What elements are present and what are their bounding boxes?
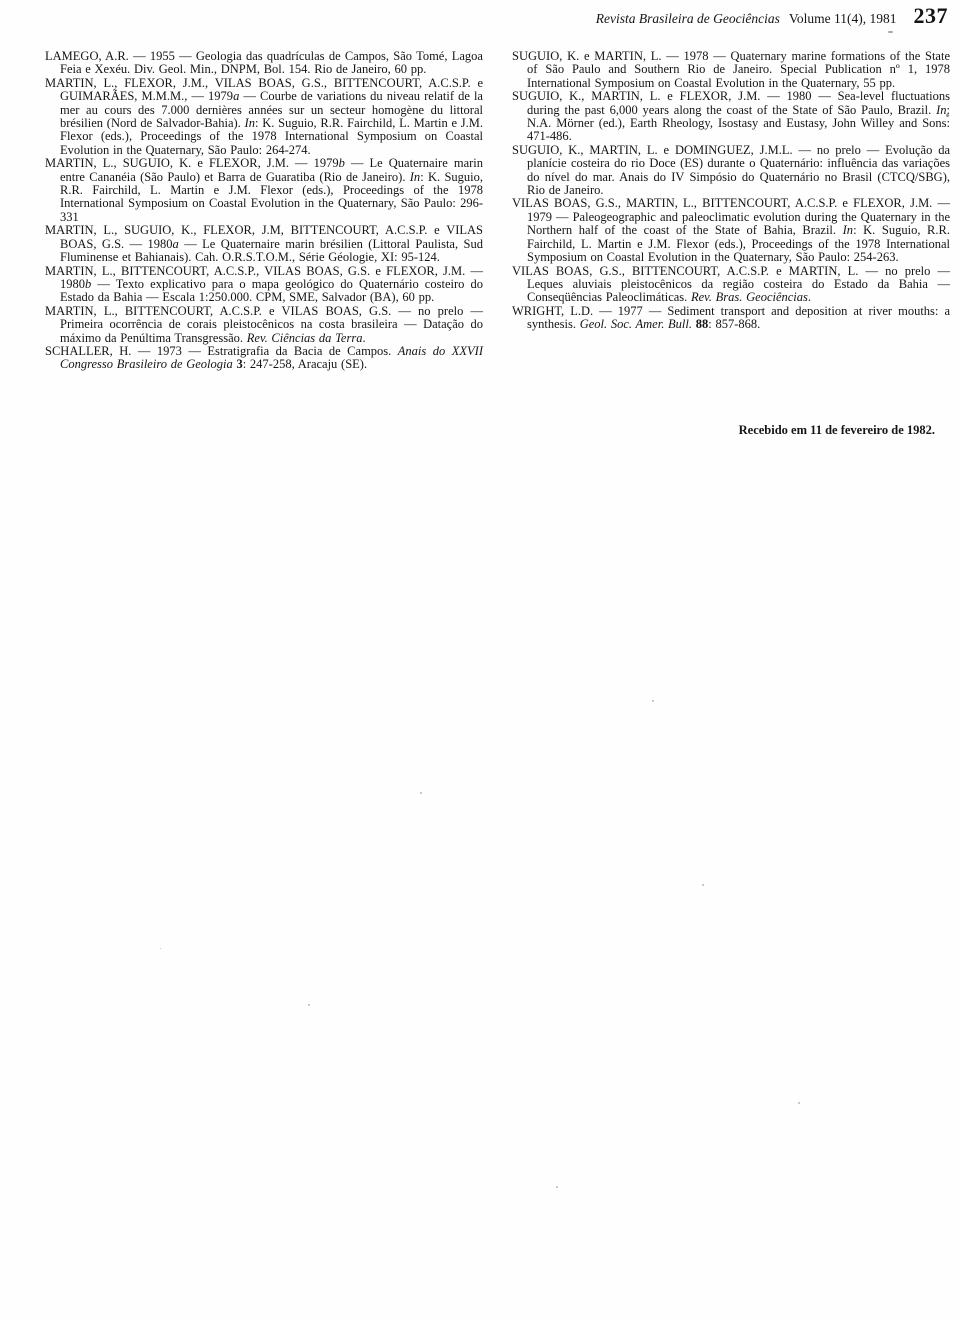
reference-text-segment: 88 — [696, 317, 709, 331]
reference-text-segment: MARTIN, L., SUGUIO, K. e FLEXOR, J.M. — … — [45, 156, 339, 170]
reference-text-segment: SUGUIO, K., MARTIN, L. e DOMINGUEZ, J.M.… — [512, 143, 950, 197]
journal-title: Revista Brasileira de Geociências — [596, 11, 780, 27]
reference-entry: VILAS BOAS, G.S., BITTENCOURT, A.C.S.P. … — [512, 265, 950, 305]
reference-text-segment: . — [362, 331, 365, 345]
reference-text-segment: LAMEGO, A.R. — 1955 — Geologia das quadr… — [45, 49, 483, 76]
reference-columns: LAMEGO, A.R. — 1955 — Geologia das quadr… — [45, 50, 950, 372]
reference-entry: VILAS BOAS, G.S., MARTIN, L., BITTENCOUR… — [512, 197, 950, 264]
reference-text-segment: Rev. Ciências da Terra — [247, 331, 363, 345]
reference-entry: LAMEGO, A.R. — 1955 — Geologia das quadr… — [45, 50, 483, 77]
reference-entry: MARTIN, L., SUGUIO, K., FLEXOR, J.M, BIT… — [45, 224, 483, 264]
reference-entry: MARTIN, L., BITTENCOURT, A.C.S.P., VILAS… — [45, 265, 483, 305]
reference-text-segment: In — [843, 223, 853, 237]
volume-issue-year: Volume 11(4), 1981 — [789, 11, 897, 27]
reference-list-left: LAMEGO, A.R. — 1955 — Geologia das quadr… — [45, 50, 483, 372]
reference-text-segment: SUGUIO, K., MARTIN, L. e FLEXOR, J.M. — … — [512, 89, 950, 116]
reference-text-segment: In — [410, 170, 420, 184]
scan-speck — [946, 114, 949, 117]
scan-speck — [702, 884, 704, 886]
reference-text-segment: . — [808, 290, 811, 304]
scan-speck — [308, 1004, 310, 1006]
reference-entry: SUGUIO, K., MARTIN, L. e DOMINGUEZ, J.M.… — [512, 144, 950, 198]
reference-entry: WRIGHT, L.D. — 1977 — Sediment transport… — [512, 305, 950, 332]
scan-speck — [888, 31, 893, 33]
reference-text-segment: In — [936, 103, 946, 117]
reference-text-segment: : 247-258, Aracaju (SE). — [243, 357, 367, 371]
reference-text-segment: Rev. Bras. Geociências — [691, 290, 808, 304]
scan-speck — [420, 792, 422, 794]
reference-entry: MARTIN, L., BITTENCOURT, A.C.S.P. e VILA… — [45, 305, 483, 345]
reference-text-segment: : 857-868. — [708, 317, 760, 331]
reference-text-segment: — Texto explicativo para o mapa geológic… — [60, 277, 483, 304]
reference-entry: SUGUIO, K. e MARTIN, L. — 1978 — Quatern… — [512, 50, 950, 90]
reference-entry: MARTIN, L., FLEXOR, J.M., VILAS BOAS, G.… — [45, 77, 483, 157]
reference-entry: SCHALLER, H. — 1973 — Estratigrafia da B… — [45, 345, 483, 372]
scan-speck — [652, 700, 654, 702]
reference-text-segment: SUGUIO, K. e MARTIN, L. — 1978 — Quatern… — [512, 49, 950, 90]
scan-speck — [160, 948, 161, 949]
page-header: Revista Brasileira de Geociências Volume… — [0, 3, 948, 29]
scan-speck — [556, 1186, 558, 1188]
received-date-note: Recebido em 11 de fevereiro de 1982. — [739, 423, 935, 438]
reference-list-right: SUGUIO, K. e MARTIN, L. — 1978 — Quatern… — [512, 50, 950, 372]
reference-text-segment: Geol. Soc. Amer. Bull. — [580, 317, 692, 331]
journal-page: Revista Brasileira de Geociências Volume… — [0, 0, 960, 1320]
reference-text-segment: In — [245, 116, 255, 130]
scan-speck — [798, 1102, 800, 1104]
reference-text-segment: SCHALLER, H. — 1973 — Estratigrafia da B… — [45, 344, 398, 358]
page-number: 237 — [914, 3, 949, 29]
reference-entry: MARTIN, L., SUGUIO, K. e FLEXOR, J.M. — … — [45, 157, 483, 224]
reference-entry: SUGUIO, K., MARTIN, L. e FLEXOR, J.M. — … — [512, 90, 950, 144]
